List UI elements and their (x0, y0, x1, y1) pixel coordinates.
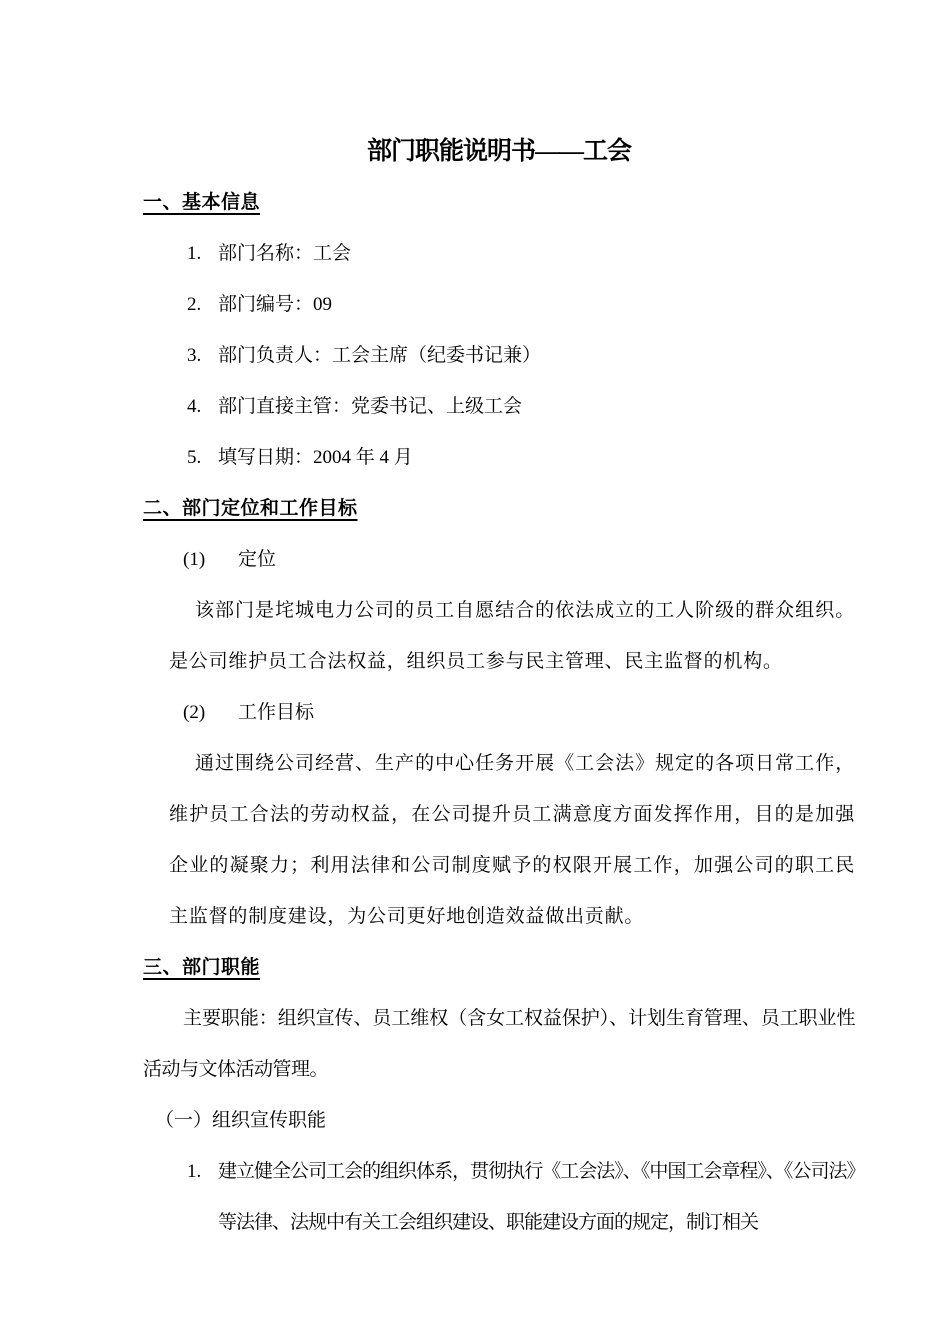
item-text: 填写日期：2004 年 4 月 (218, 447, 413, 468)
item-number: 5. (187, 432, 201, 483)
document-title: 部门职能说明书——工会 (143, 126, 855, 177)
subsection-label: (1) (183, 534, 238, 585)
section-heading-basic-info: 一、基本信息 (143, 177, 855, 228)
basic-info-item-department-head: 3. 部门负责人：工会主席（纪委书记兼） (218, 330, 855, 381)
subsection-title: 工作目标 (238, 702, 314, 723)
item-number: 2. (187, 279, 201, 330)
basic-info-item-department-code: 2. 部门编号：09 (218, 279, 855, 330)
subsection-work-goal-heading: (2)工作目标 (183, 687, 855, 738)
item-number: 1. (187, 1146, 201, 1197)
section-heading-position-goals: 二、部门定位和工作目标 (143, 483, 855, 534)
function-item-1: 1. 建立健全公司工会的组织体系，贯彻执行《工会法》、《中国工会章程》、《公司法… (218, 1146, 855, 1248)
basic-info-item-direct-supervisor: 4. 部门直接主管：党委书记、上级工会 (218, 381, 855, 432)
item-text: 建立健全公司工会的组织体系，贯彻执行《工会法》、《中国工会章程》、《公司法》等法… (218, 1161, 855, 1233)
basic-info-item-fill-date: 5. 填写日期：2004 年 4 月 (218, 432, 855, 483)
item-text: 部门直接主管：党委书记、上级工会 (218, 396, 522, 417)
item-number: 1. (187, 228, 201, 279)
positioning-paragraph: 该部门是垞城电力公司的员工自愿结合的依法成立的工人阶级的群众组织。是公司维护员工… (169, 585, 855, 687)
item-number: 4. (187, 381, 201, 432)
item-number: 3. (187, 330, 201, 381)
basic-info-item-department-name: 1. 部门名称：工会 (218, 228, 855, 279)
item-text: 部门编号：09 (218, 294, 332, 315)
subsection-label: (2) (183, 687, 238, 738)
item-text: 部门名称：工会 (218, 243, 351, 264)
section-heading-functions: 三、部门职能 (143, 942, 855, 993)
subsection-org-publicity-heading: （一）组织宣传职能 (155, 1095, 855, 1146)
work-goal-paragraph: 通过围绕公司经营、生产的中心任务开展《工会法》规定的各项日常工作，维护员工合法的… (169, 738, 855, 942)
subsection-title: 定位 (238, 549, 276, 570)
main-functions-paragraph: 主要职能：组织宣传、员工维权（含女工权益保护）、计划生育管理、员工职业性活动与文… (143, 993, 855, 1095)
item-text: 部门负责人：工会主席（纪委书记兼） (218, 345, 541, 366)
subsection-positioning-heading: (1)定位 (183, 534, 855, 585)
document-page: 部门职能说明书——工会 一、基本信息 1. 部门名称：工会 2. 部门编号：09… (0, 0, 950, 1344)
